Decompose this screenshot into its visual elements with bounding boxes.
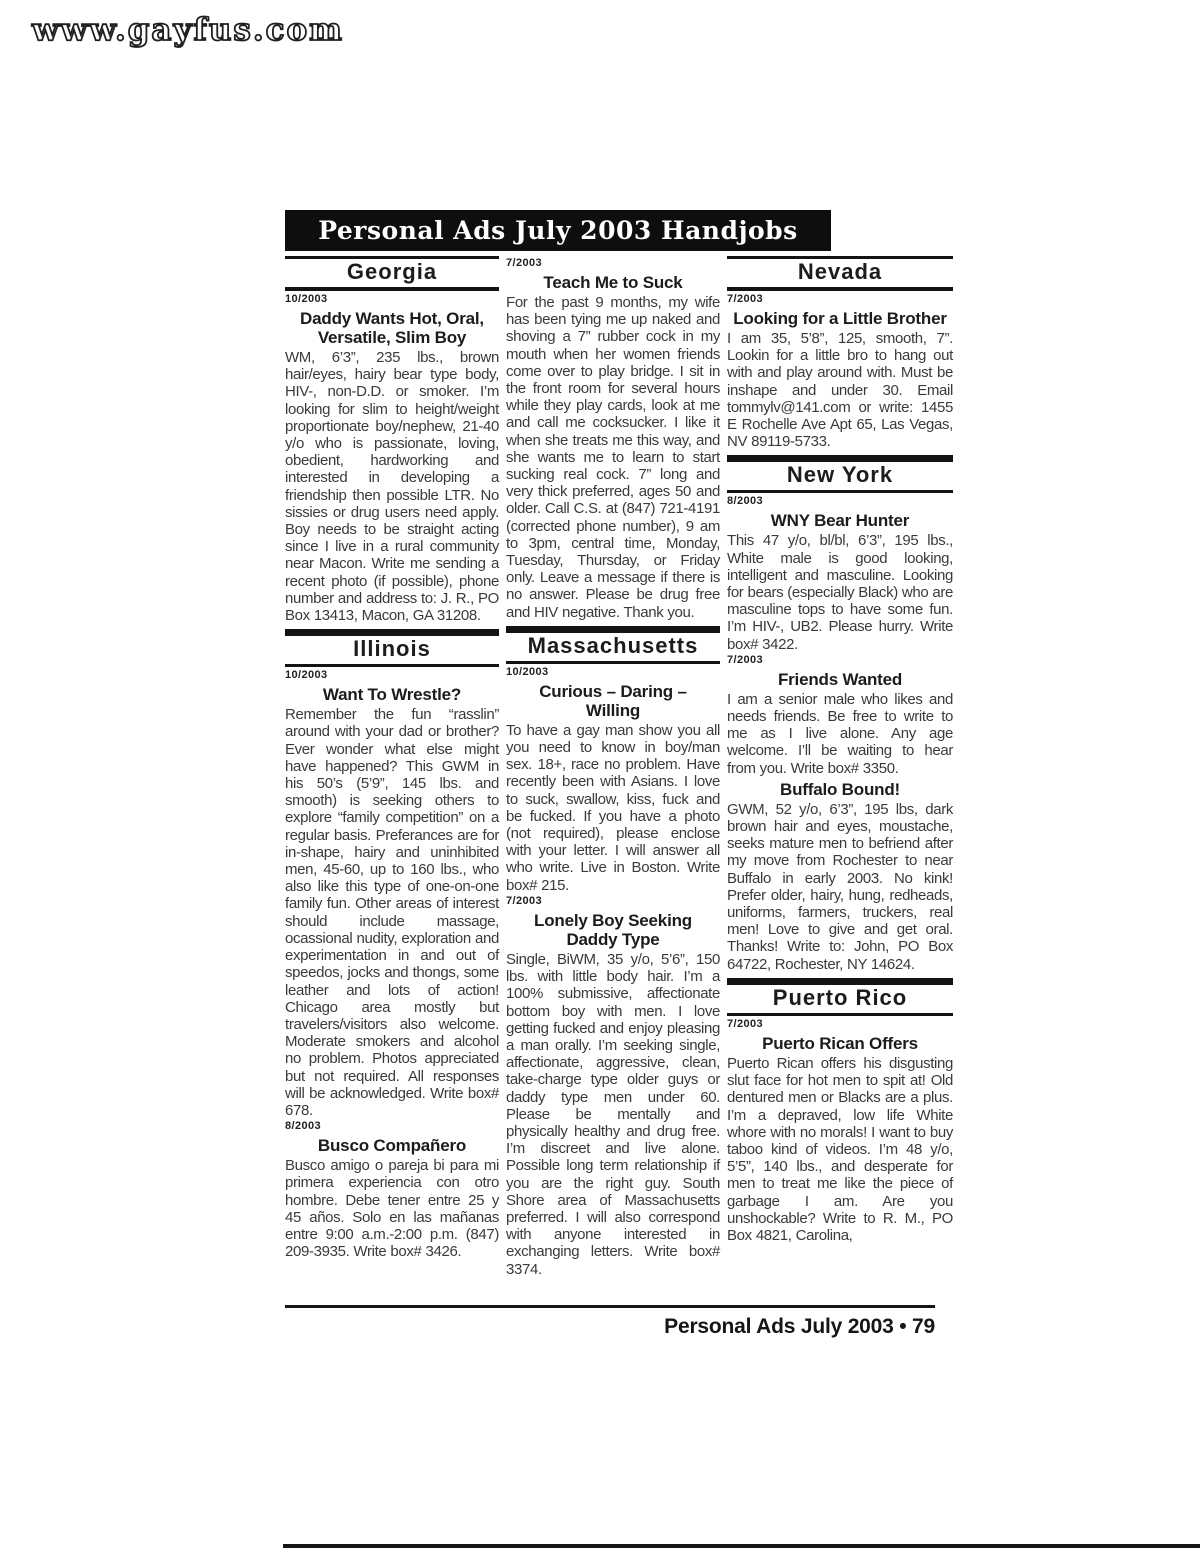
footer-rule	[285, 1305, 935, 1308]
columns: Georgia 10/2003 Daddy Wants Hot, Oral, V…	[285, 256, 965, 1278]
ad-title-puerto-rican-offers: Puerto Rican Offers	[731, 1034, 949, 1053]
ad-body-wny-bear-hunter: This 47 y/o, bl/bl, 6’3”, 195 lbs., Whit…	[727, 532, 953, 652]
date-stamp: 7/2003	[727, 293, 953, 306]
section-heading-massachusetts: Massachusetts	[506, 626, 720, 664]
section-heading-georgia: Georgia	[285, 256, 499, 291]
page-bottom-edge-line	[283, 1544, 1200, 1548]
ad-body-daddy-wants: WM, 6’3”, 235 lbs., brown hair/eyes, hai…	[285, 349, 499, 624]
ad-body-teach-me: For the past 9 months, my wife has been …	[506, 294, 720, 621]
page-footer: Personal Ads July 2003 • 79	[285, 1305, 935, 1339]
date-stamp: 8/2003	[285, 1120, 499, 1133]
ad-title-teach-me: Teach Me to Suck	[510, 273, 716, 292]
date-stamp: 7/2003	[506, 257, 720, 270]
section-heading-illinois: Illinois	[285, 629, 499, 667]
date-stamp: 8/2003	[727, 495, 953, 508]
section-heading-new-york: New York	[727, 455, 953, 493]
date-stamp: 7/2003	[727, 654, 953, 667]
site-watermark: www.gayfus.com	[32, 12, 344, 48]
column-1: Georgia 10/2003 Daddy Wants Hot, Oral, V…	[285, 256, 499, 1278]
section-heading-puerto-rico: Puerto Rico	[727, 978, 953, 1016]
ad-body-puerto-rican-offers: Puerto Rican offers his disgusting slut …	[727, 1055, 953, 1244]
ad-title-friends-wanted: Friends Wanted	[731, 670, 949, 689]
header-bar: Personal Ads July 2003 Handjobs	[285, 210, 831, 251]
ad-body-lonely-boy: Single, BiWM, 35 y/o, 5’6”, 150 lbs. wit…	[506, 951, 720, 1278]
ad-title-curious-daring: Curious – Daring – Willing	[510, 682, 716, 720]
date-stamp: 10/2003	[506, 666, 720, 679]
section-title: New York	[727, 462, 953, 488]
date-stamp: 7/2003	[727, 1018, 953, 1031]
ad-title-little-brother: Looking for a Little Brother	[731, 309, 949, 328]
ad-body-little-brother: I am 35, 5’8”, 125, smooth, 7”. Lookin f…	[727, 330, 953, 450]
ad-body-want-to-wrestle: Remember the fun “rasslin” around with y…	[285, 706, 499, 1119]
ad-title-daddy-wants: Daddy Wants Hot, Oral, Versatile, Slim B…	[289, 309, 495, 347]
ad-title-lonely-boy: Lonely Boy Seeking Daddy Type	[510, 911, 716, 949]
ad-title-want-to-wrestle: Want To Wrestle?	[289, 685, 495, 704]
column-3: Nevada 7/2003 Looking for a Little Broth…	[727, 256, 953, 1278]
section-title: Georgia	[285, 259, 499, 285]
date-stamp: 10/2003	[285, 293, 499, 306]
section-title: Massachusetts	[506, 633, 720, 659]
section-title: Nevada	[727, 259, 953, 285]
ad-title-buffalo-bound: Buffalo Bound!	[731, 780, 949, 799]
date-stamp: 10/2003	[285, 669, 499, 682]
page-content: Personal Ads July 2003 Handjobs Georgia …	[285, 210, 965, 1278]
footer-text: Personal Ads July 2003 • 79	[285, 1315, 935, 1339]
page-title: Personal Ads July 2003 Handjobs	[318, 216, 797, 245]
ad-body-friends-wanted: I am a senior male who likes and needs f…	[727, 691, 953, 777]
section-heading-nevada: Nevada	[727, 256, 953, 291]
column-2: 7/2003 Teach Me to Suck For the past 9 m…	[506, 256, 720, 1278]
section-title: Illinois	[285, 636, 499, 662]
section-title: Puerto Rico	[727, 985, 953, 1011]
ad-body-buffalo-bound: GWM, 52 y/o, 6’3”, 195 lbs, dark brown h…	[727, 801, 953, 973]
ad-body-curious-daring: To have a gay man show you all you need …	[506, 722, 720, 894]
ad-title-wny-bear-hunter: WNY Bear Hunter	[731, 511, 949, 530]
date-stamp: 7/2003	[506, 895, 720, 908]
ad-body-busco-companero: Busco amigo o pareja bi para mi primera …	[285, 1157, 499, 1260]
ad-title-busco-companero: Busco Compañero	[289, 1136, 495, 1155]
